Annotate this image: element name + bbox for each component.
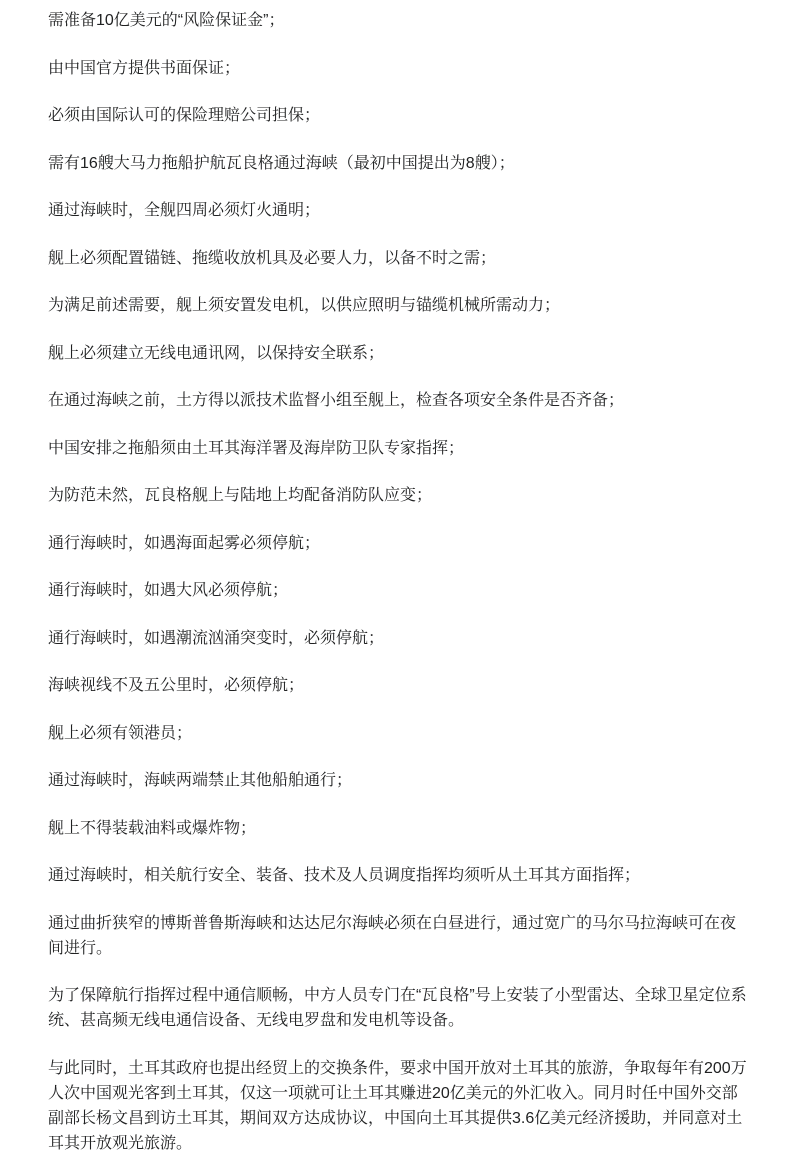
paragraph-list: 需准备10亿美元的“风险保证金”；由中国官方提供书面保证；必须由国际认可的保险理… [48, 8, 748, 1156]
paragraph: 舰上必须建立无线电通讯网，以保持安全联系； [48, 341, 748, 366]
article-content: 需准备10亿美元的“风险保证金”；由中国官方提供书面保证；必须由国际认可的保险理… [0, 0, 799, 1156]
paragraph: 为防范未然，瓦良格舰上与陆地上均配备消防队应变； [48, 483, 748, 508]
paragraph: 海峡视线不及五公里时，必须停航； [48, 673, 748, 698]
paragraph: 舰上不得装载油料或爆炸物； [48, 816, 748, 841]
paragraph: 舰上必须有领港员； [48, 721, 748, 746]
paragraph: 必须由国际认可的保险理赔公司担保； [48, 103, 748, 128]
paragraph: 通行海峡时，如遇大风必须停航； [48, 578, 748, 603]
paragraph: 中国安排之拖船须由土耳其海洋署及海岸防卫队专家指挥； [48, 436, 748, 461]
paragraph: 需准备10亿美元的“风险保证金”； [48, 8, 748, 33]
paragraph: 通过曲折狭窄的博斯普鲁斯海峡和达达尼尔海峡必须在白昼进行，通过宽广的马尔马拉海峡… [48, 911, 748, 961]
paragraph: 通过海峡时，全舰四周必须灯火通明； [48, 198, 748, 223]
paragraph: 与此同时，土耳其政府也提出经贸上的交换条件，要求中国开放对土耳其的旅游，争取每年… [48, 1056, 748, 1156]
paragraph: 由中国官方提供书面保证； [48, 56, 748, 81]
paragraph: 舰上必须配置锚链、拖缆收放机具及必要人力，以备不时之需； [48, 246, 748, 271]
paragraph: 为满足前述需要，舰上须安置发电机，以供应照明与锚缆机械所需动力； [48, 293, 748, 318]
paragraph: 通行海峡时，如遇潮流汹涌突变时，必须停航； [48, 626, 748, 651]
paragraph: 通过海峡时，海峡两端禁止其他船舶通行； [48, 768, 748, 793]
paragraph: 为了保障航行指挥过程中通信顺畅，中方人员专门在“瓦良格”号上安装了小型雷达、全球… [48, 983, 748, 1033]
paragraph: 需有16艘大马力拖船护航瓦良格通过海峡（最初中国提出为8艘）； [48, 151, 748, 176]
paragraph: 在通过海峡之前，土方得以派技术监督小组至舰上，检查各项安全条件是否齐备； [48, 388, 748, 413]
paragraph: 通过海峡时，相关航行安全、装备、技术及人员调度指挥均须听从土耳其方面指挥； [48, 863, 748, 888]
paragraph: 通行海峡时，如遇海面起雾必须停航； [48, 531, 748, 556]
